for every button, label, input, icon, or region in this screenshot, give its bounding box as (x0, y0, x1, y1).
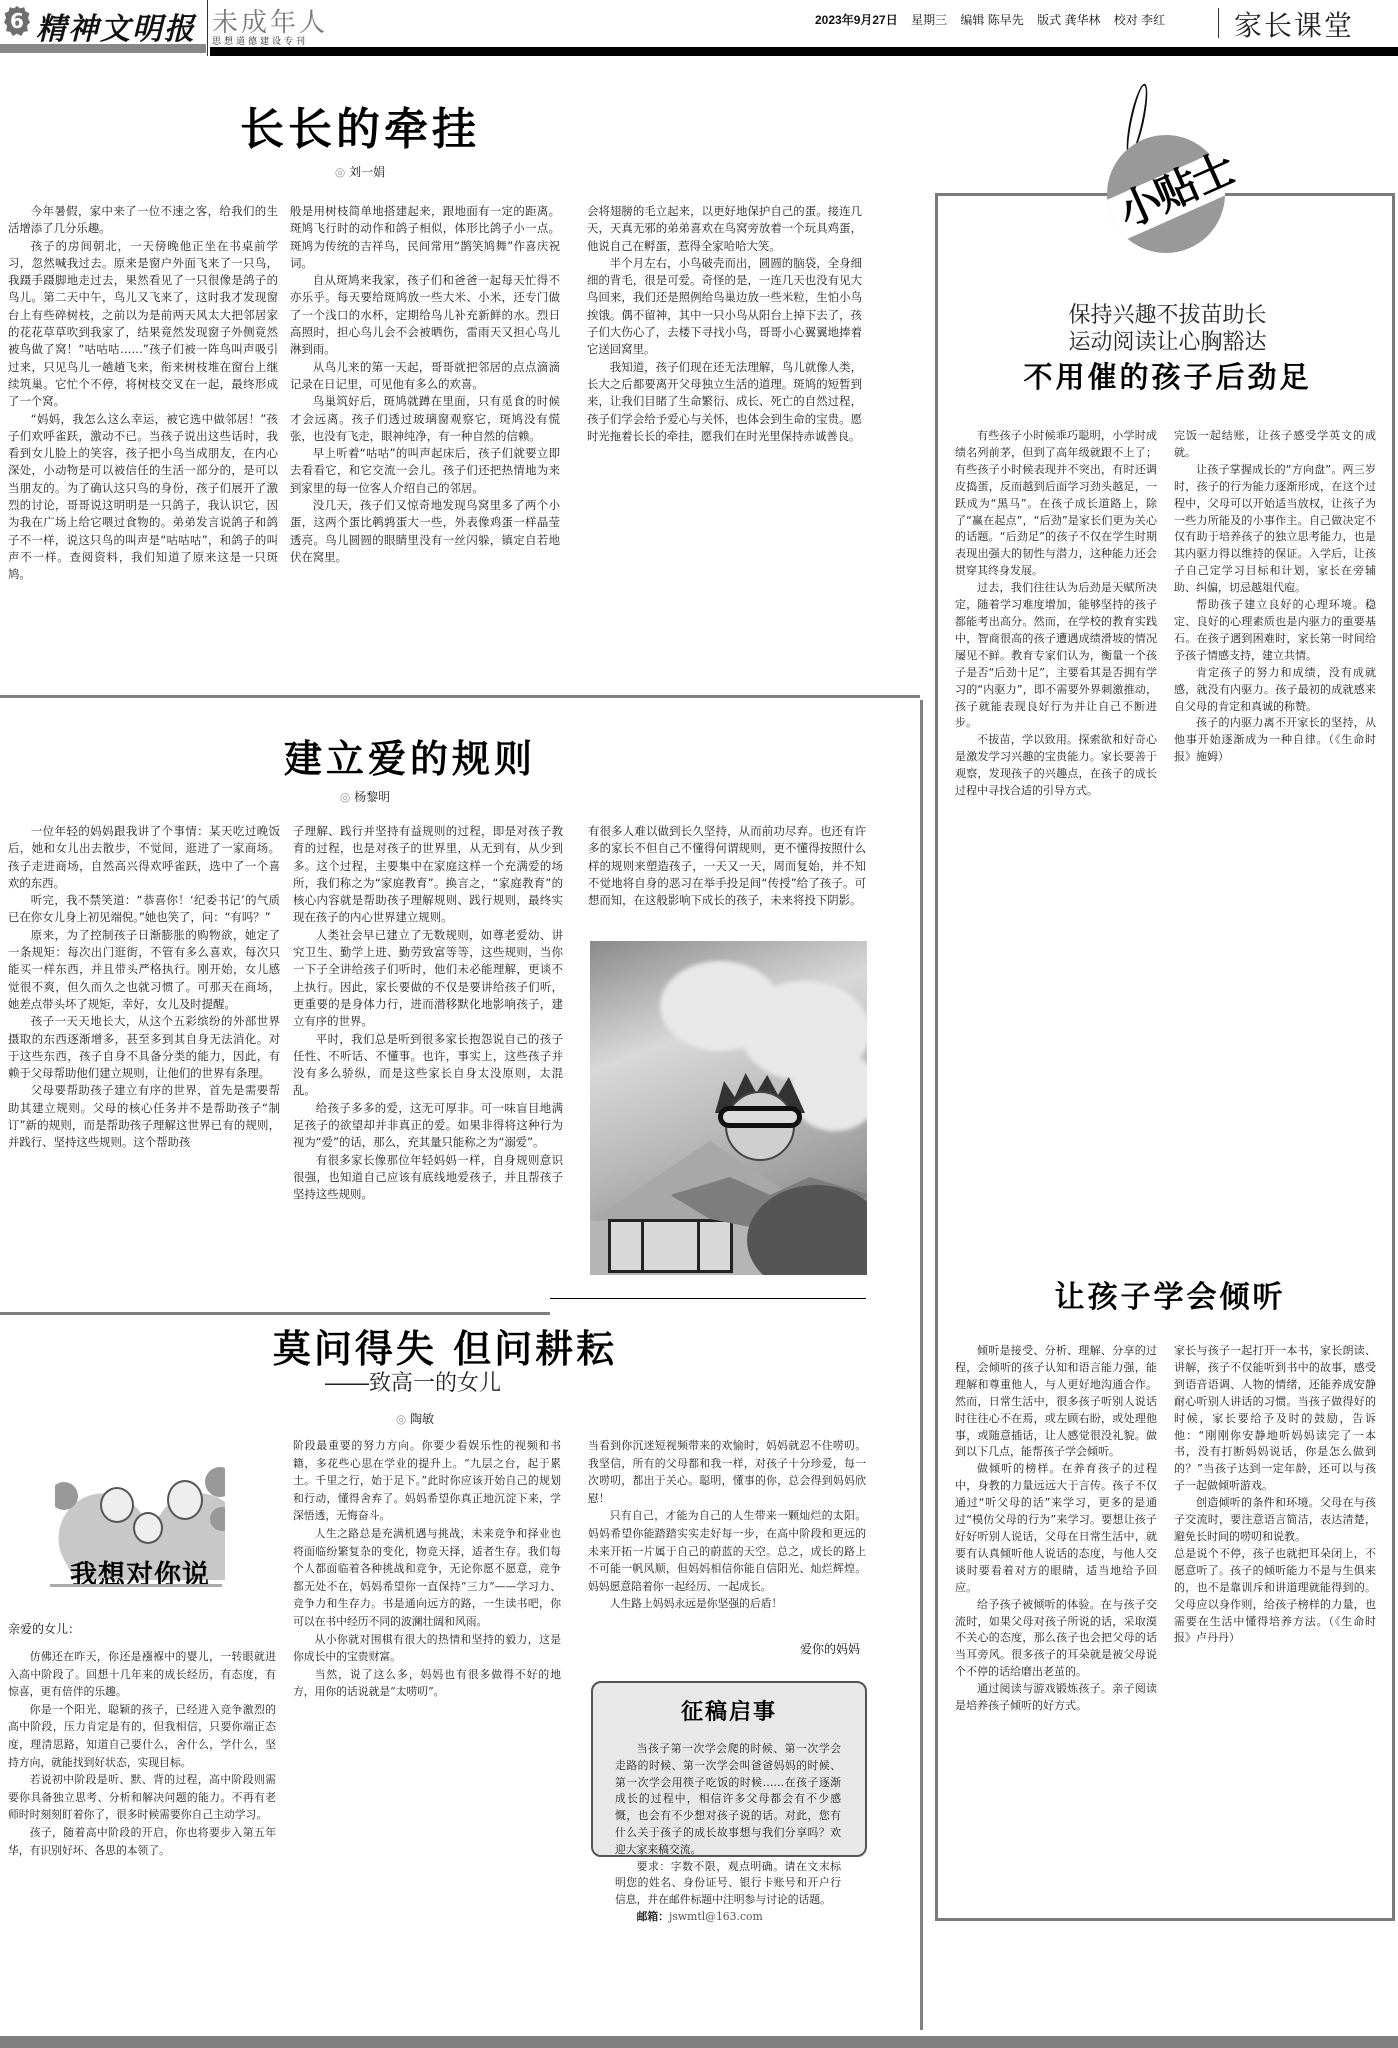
article2-column-1: 一位年轻的妈妈跟我讲了个事情：某天吃过晚饭后，她和女儿出去散步，不觉间，逛进了一… (8, 823, 280, 1293)
article2-column-2: 子理解、践行并坚持有益规则的过程，即是对孩子教育的过程，也是对孩子的世界里，从无… (293, 823, 563, 1293)
illustration-rule (550, 1298, 866, 1299)
submission-email-link[interactable]: jswmtl@163.com (669, 1910, 763, 1923)
section-divider-rule-2 (0, 1312, 550, 1315)
boy-with-goggles-illustration (590, 941, 867, 1275)
article4-column-1: 仿佛还在昨天，你还是襁褓中的婴儿，一转眼就进入高中阶段了。回想十几年来的成长经历… (8, 1648, 276, 2033)
email-label: 邮箱： (637, 1910, 669, 1923)
article3-column-2: 家长与孩子一起打开一本书，家长朗读、讲解，孩子不仅能听到书中的故事，感受到语音语… (1174, 1343, 1376, 1913)
editor-credit: 编辑 陈早先 (960, 13, 1023, 27)
masthead: 6 精神文明报 未成年人 思想道德建设专刊 2023年9月27日 星期三 编辑 … (0, 0, 1398, 56)
newspaper-name: 精神文明报 (36, 4, 196, 48)
article4-column-2: 阶段最重要的努力方向。你要少看娱乐性的视频和书籍，多花些心思在学业的提升上。“九… (293, 1437, 561, 2035)
article4-byline: 陶敏 (370, 1410, 460, 1427)
tips-column-2: 完饭一起结账，让孩子感受学英文的成就。 让孩子掌握成长的“方向盘”。两三岁时，孩… (1174, 428, 1376, 1218)
section-name: 家长课堂 (1234, 4, 1354, 44)
goggles-icon (718, 1106, 802, 1128)
article4-column-3: 当看到你沉迷短视频带来的欢愉时，妈妈就忍不住唠叨。我坚信，所有的父母都和我一样，… (588, 1437, 866, 1635)
father-face-icon (167, 1480, 203, 1520)
mother-face-icon (100, 1487, 134, 1523)
footer-bar (0, 2036, 1398, 2048)
section-divider-rule (0, 695, 920, 698)
masthead-black-rule (210, 47, 1398, 56)
article1-column-2: 般是用树枝简单地搭建起来，跟地面有一定的距离。斑鸠飞行时的动作和鸽子相似，体形比… (290, 203, 560, 673)
tips-title: 不用催的孩子后劲足 (940, 355, 1395, 396)
child-face-icon (133, 1512, 163, 1544)
article3-column-1: 倾听是接受、分析、理解、分享的过程，会倾听的孩子认知和语言能力强，能理解和尊重他… (955, 1343, 1157, 1913)
article4-subtitle: ——致高一的女儿 (325, 1366, 525, 1397)
call-for-submissions-title: 征稿启事 (593, 1695, 865, 1726)
supplement-subtitle: 思想道德建设专刊 (212, 34, 308, 47)
masthead-divider (207, 0, 208, 56)
issue-info: 2023年9月27日 星期三 编辑 陈早先 版式 龚华林 校对 李红 (815, 11, 1175, 28)
call-for-submissions-body: 当孩子第一次学会爬的时候、第一次学会走路的时候、第一次学会叫爸爸妈妈的时候、第一… (615, 1741, 841, 1926)
column-divider (920, 700, 923, 2030)
proofread-credit: 校对 李红 (1114, 13, 1165, 27)
article3-title: 让孩子学会倾听 (1040, 1272, 1300, 1316)
article2-column-3: 有很多人难以做到长久坚持，从而前功尽弃。也还有许多的家长不但自己不懂得何谓规则，… (588, 823, 866, 938)
tips-subtitle-2: 运动阅读让心胸豁达 (940, 325, 1395, 356)
article4-title: 莫问得失 但问耕耘 (240, 1318, 650, 1373)
article2-title: 建立爱的规则 (280, 728, 540, 783)
article2-byline: 杨黎明 (300, 788, 430, 805)
masthead-gray-rule (0, 44, 206, 53)
issue-date: 2023年9月27日 (815, 13, 898, 27)
call-for-submissions-box: 征稿启事 当孩子第一次学会爬的时候、第一次学会走路的时候、第一次学会叫爸爸妈妈的… (591, 1681, 867, 1857)
article1-column-3: 会将翅膀的毛立起来，以更好地保护自己的蛋。接连几天，天真无邪的弟弟喜欢在鸟窝旁放… (587, 203, 862, 673)
issue-weekday: 星期三 (911, 13, 947, 27)
letter-signature: 爱你的妈妈 (800, 1640, 860, 1657)
article1-column-1: 今年暑假，家中来了一位不速之客，给我们的生活增添了几分乐趣。 孩子的房间朝北，一… (8, 203, 278, 673)
article1-title: 长长的牵挂 (240, 93, 480, 157)
letter-greeting: 亲爱的女儿： (8, 1620, 80, 1637)
window-icon (608, 1219, 733, 1273)
page-number-badge: 6 (4, 6, 30, 36)
tips-column-1: 有些孩子小时候乖巧聪明，小学时成绩名列前茅，但到了高年级就跟不上了；有些孩子小时… (955, 428, 1157, 1218)
column-label-underline (50, 1584, 222, 1587)
section-divider (1218, 8, 1219, 38)
article1-byline: 刘一娟 (300, 163, 420, 180)
layout-credit: 版式 龚华林 (1037, 13, 1100, 27)
